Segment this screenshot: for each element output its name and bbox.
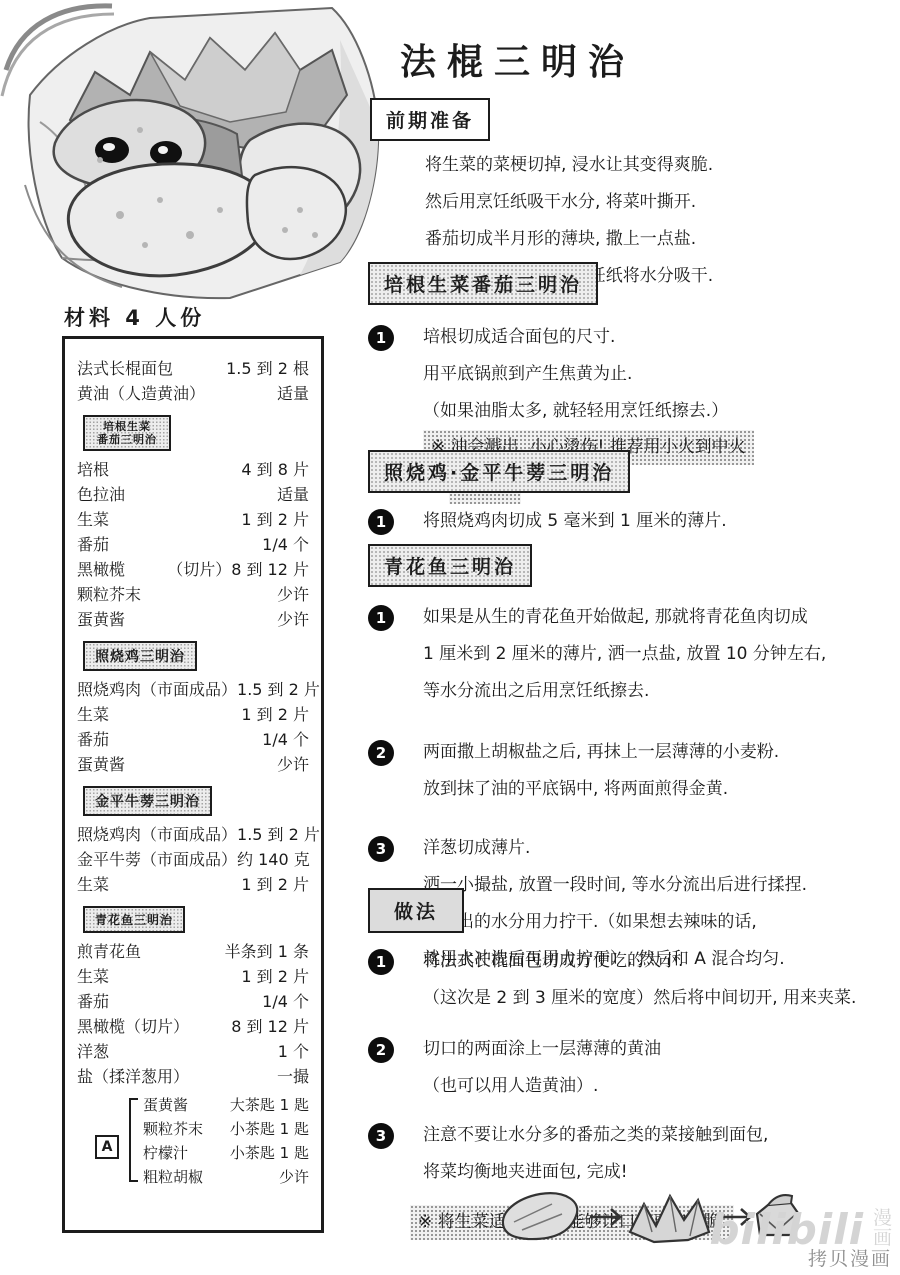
step-line: 如果是从生的青花鱼开始做起, 那就将青花鱼肉切成: [423, 599, 826, 636]
ingredient-row: 番茄 1/4 个: [77, 532, 309, 557]
ingredient-row: 照烧鸡肉（市面成品） 1.5 到 2 片: [77, 822, 309, 847]
ingredient-amount: 大茶匙 1 匙: [230, 1093, 309, 1117]
group-header-mackerel: 青花鱼三明治: [83, 906, 185, 933]
ingredient-name: 番茄: [77, 727, 109, 752]
step-line: （如果油脂太多, 就轻轻用烹饪纸擦去.）: [423, 393, 754, 430]
ingredient-amount: 1.5 到 2 根: [226, 356, 309, 381]
ingredient-row: 生菜 1 到 2 片: [77, 872, 309, 897]
ingredient-amount: 1 到 2 片: [241, 872, 309, 897]
ingredient-name: 颗粒芥末: [77, 582, 141, 607]
ingredient-row: 蛋黄酱 少许: [77, 752, 309, 777]
ingredient-amount: 少许: [277, 607, 309, 632]
ingredient-name: 蛋黄酱: [77, 607, 125, 632]
step-number: 1: [368, 949, 394, 975]
step-number: 3: [368, 836, 394, 862]
ingredient-name: 色拉油: [77, 482, 125, 507]
ingredient-amount: 小茶匙 1 匙: [230, 1117, 309, 1141]
ingredient-row: 洋葱 1 个: [77, 1039, 309, 1064]
ingredient-name: 番茄: [77, 989, 109, 1014]
ingredient-amount: 8 到 12 片: [231, 1014, 309, 1039]
step-line: 1 厘米到 2 厘米的薄片, 洒一点盐, 放置 10 分钟左右,: [423, 636, 826, 673]
bilibili-manga-label: 漫画: [870, 1208, 892, 1248]
ingredient-name: 生菜: [77, 702, 109, 727]
ingredient-row: 金平牛蒡（市面成品） 约 140 克: [77, 847, 309, 872]
ingredient-name: 洋葱: [77, 1039, 109, 1064]
section-header-prep: 前期准备: [370, 98, 490, 141]
section-header-teriyaki: 照烧鸡·金平牛蒡三明治: [368, 450, 630, 493]
ingredient-amount: 适量: [277, 482, 309, 507]
ingredient-row: 照烧鸡肉（市面成品） 1.5 到 2 片: [77, 677, 309, 702]
ingredient-row: 柠檬汁 小茶匙 1 匙: [143, 1141, 309, 1165]
page-title: 法棍三明治: [400, 34, 635, 85]
ingredient-amount: 约 140 克: [237, 847, 310, 872]
ingredient-row: 煎青花鱼 半条到 1 条: [77, 939, 309, 964]
step-number: 2: [368, 1037, 394, 1063]
ingredient-row: 黑橄榄（切片） 8 到 12 片: [77, 1014, 309, 1039]
prep-line: 番茄切成半月形的薄块, 撒上一点盐.: [425, 221, 713, 258]
ingredient-name: 照烧鸡肉（市面成品）: [77, 822, 237, 847]
ingredient-name: 煎青花鱼: [77, 939, 141, 964]
prep-line: 然后用烹饪纸吸干水分, 将菜叶撕开.: [425, 184, 713, 221]
ingredient-name: 法式长棍面包: [77, 356, 173, 381]
ingredient-name: 番茄: [77, 532, 109, 557]
ingredient-amount: 一撮: [277, 1064, 309, 1089]
step-line: 切口的两面涂上一层薄薄的黄油: [423, 1031, 661, 1068]
section-teriyaki: 照烧鸡·金平牛蒡三明治 1 将照烧鸡肉切成 5 毫米到 1 厘米的薄片.: [368, 450, 727, 540]
ingredient-name: 黑橄榄（切片）: [77, 1014, 189, 1039]
group-a: A 蛋黄酱 大茶匙 1 匙 颗粒芥末 小茶匙 1 匙 柠檬汁 小茶匙 1 匙 粗…: [77, 1093, 309, 1189]
step-number: 1: [368, 509, 394, 535]
ingredient-row: 盐（揉洋葱用） 一撮: [77, 1064, 309, 1089]
ingredient-name: 生菜: [77, 964, 109, 989]
ingredient-amount: 4 到 8 片: [241, 457, 309, 482]
step-number: 1: [368, 605, 394, 631]
ingredient-row: 生菜 1 到 2 片: [77, 702, 309, 727]
step-line: 洋葱切成薄片.: [423, 830, 807, 867]
ingredient-name: 蛋黄酱: [77, 752, 125, 777]
step-line: 两面撒上胡椒盐之后, 再抹上一层薄薄的小麦粉.: [423, 734, 779, 771]
ingredient-name: 蛋黄酱: [143, 1093, 188, 1117]
ingredient-name: 粗粒胡椒: [143, 1165, 203, 1189]
step-line: 等水分流出之后用烹饪纸擦去.: [423, 673, 826, 710]
ingredient-amount: 1 到 2 片: [241, 964, 309, 989]
step-line: 用平底锅煎到产生焦黄为止.: [423, 356, 754, 393]
ingredient-name: 培根: [77, 457, 109, 482]
ingredient-row: 颗粒芥末 小茶匙 1 匙: [143, 1117, 309, 1141]
ingredient-amount: （切片）8 到 12 片: [167, 557, 309, 582]
ingredient-name: 颗粒芥末: [143, 1117, 203, 1141]
serving-label: 材料 4 人份: [64, 302, 205, 332]
ingredient-row: 培根 4 到 8 片: [77, 457, 309, 482]
ingredient-row: 颗粒芥末 少许: [77, 582, 309, 607]
step-number: 1: [368, 325, 394, 351]
sandwich-illustration: [0, 0, 398, 305]
step-line: （这次是 2 到 3 厘米的宽度）然后将中间切开, 用来夹菜.: [423, 980, 856, 1017]
ingredient-amount: 1/4 个: [262, 727, 309, 752]
group-header-kinpira: 金平牛蒡三明治: [83, 786, 212, 816]
ingredient-amount: 1/4 个: [262, 532, 309, 557]
ingredient-row: 法式长棍面包 1.5 到 2 根: [77, 356, 309, 381]
ingredient-row: 番茄 1/4 个: [77, 727, 309, 752]
ingredient-row: 黑橄榄 （切片）8 到 12 片: [77, 557, 309, 582]
ingredient-name: 生菜: [77, 872, 109, 897]
section-header-method: 做法: [368, 888, 464, 933]
ingredient-amount: 少许: [277, 752, 309, 777]
ingredient-amount: 1 个: [278, 1039, 309, 1064]
section-header-blt: 培根生菜番茄三明治: [368, 262, 598, 305]
group-header-blt: 培根生菜 番茄三明治: [83, 415, 171, 451]
ingredient-name: 金平牛蒡（市面成品）: [77, 847, 237, 872]
watermark: bilibili 漫画 拷贝漫画: [709, 1208, 892, 1271]
ingredient-amount: 1 到 2 片: [241, 507, 309, 532]
ingredient-row: 粗粒胡椒 少许: [143, 1165, 309, 1189]
ingredient-amount: 1 到 2 片: [241, 702, 309, 727]
ingredient-amount: 少许: [279, 1165, 309, 1189]
ingredient-row: 生菜 1 到 2 片: [77, 964, 309, 989]
ingredient-row: 番茄 1/4 个: [77, 989, 309, 1014]
group-header-teriyaki: 照烧鸡三明治: [83, 641, 197, 671]
ingredient-row: 蛋黄酱 大茶匙 1 匙: [143, 1093, 309, 1117]
step-line: 将法式长棍面包切成方便吃的大小.: [423, 943, 856, 980]
ingredient-amount: 小茶匙 1 匙: [230, 1141, 309, 1165]
ingredient-name: 黄油（人造黄油）: [77, 381, 205, 406]
ingredient-row: 蛋黄酱 少许: [77, 607, 309, 632]
group-a-bracket: [129, 1098, 138, 1182]
ingredient-amount: 半条到 1 条: [225, 939, 309, 964]
step-number: 2: [368, 740, 394, 766]
ingredient-amount: 少许: [277, 582, 309, 607]
ingredient-name: 黑橄榄: [77, 557, 125, 582]
ingredient-row: 生菜 1 到 2 片: [77, 507, 309, 532]
step-number: 3: [368, 1123, 394, 1149]
ingredient-name: 照烧鸡肉（市面成品）: [77, 677, 237, 702]
step-line: （也可以用人造黄油）.: [423, 1068, 661, 1105]
step-line: 将照烧鸡肉切成 5 毫米到 1 厘米的薄片.: [423, 503, 727, 540]
ingredient-row: 色拉油 适量: [77, 482, 309, 507]
step-line: 注意不要让水分多的番茄之类的菜接触到面包,: [423, 1117, 768, 1154]
prep-line: 将生菜的菜梗切掉, 浸水让其变得爽脆.: [425, 147, 713, 184]
step-line: 放到抹了油的平底锅中, 将两面煎得金黄.: [423, 771, 779, 808]
ingredient-name: 盐（揉洋葱用）: [77, 1064, 189, 1089]
ingredient-name: 生菜: [77, 507, 109, 532]
step-line: 培根切成适合面包的尺寸.: [423, 319, 754, 356]
ingredient-amount: 适量: [277, 381, 309, 406]
ingredient-row: 黄油（人造黄油） 适量: [77, 381, 309, 406]
ingredients-box: 法式长棍面包 1.5 到 2 根 黄油（人造黄油） 适量 培根生菜 番茄三明治 …: [62, 336, 324, 1233]
recipe-page: 法棍三明治 前期准备 将生菜的菜梗切掉, 浸水让其变得爽脆. 然后用烹饪纸吸干水…: [0, 0, 900, 1275]
ingredient-amount: 1.5 到 2 片: [237, 677, 320, 702]
group-a-label: A: [95, 1135, 119, 1159]
bilibili-logo: bilibili: [709, 1212, 864, 1248]
section-header-mackerel: 青花鱼三明治: [368, 544, 532, 587]
ingredient-amount: 1.5 到 2 片: [237, 822, 320, 847]
ingredient-amount: 1/4 个: [262, 989, 309, 1014]
ingredient-name: 柠檬汁: [143, 1141, 188, 1165]
